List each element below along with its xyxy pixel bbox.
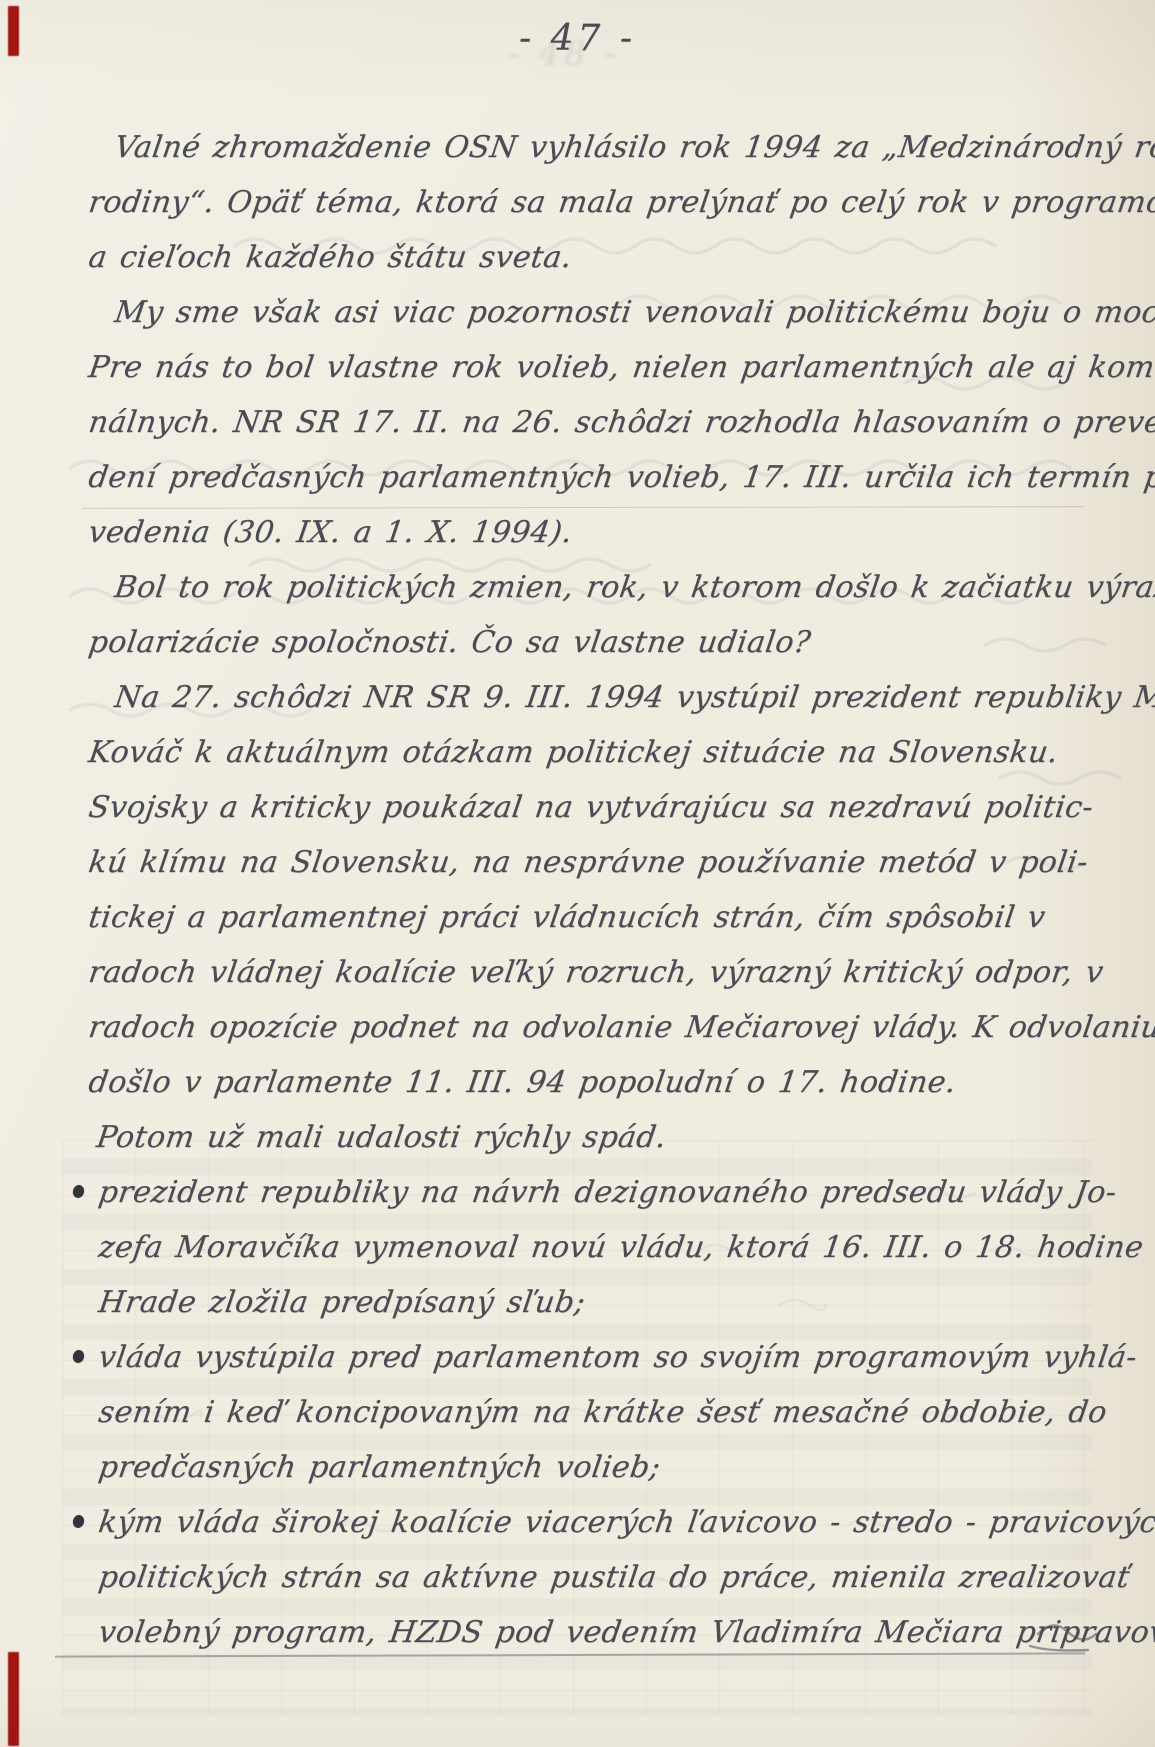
- line-text: a cieľoch každého štátu sveta.: [85, 230, 576, 285]
- line-text: vedenia (30. IX. a 1. X. 1994).: [85, 505, 576, 560]
- line-text: prezident republiky na návrh dezignované…: [95, 1165, 1120, 1220]
- paragraph-1: Valné zhromaždenie OSN vyhlásilo rok 199…: [85, 120, 1095, 285]
- line-text: nálnych. NR SR 17. II. na 26. schôdzi ro…: [85, 395, 1155, 450]
- handwritten-line: nálnych. NR SR 17. II. na 26. schôdzi ro…: [85, 395, 1095, 450]
- line-text: kú klímu na Slovensku, na nesprávne použ…: [85, 835, 1092, 890]
- bullet-item-2: vláda vystúpila pred parlamentom so svoj…: [95, 1330, 1095, 1495]
- line-text: Na 27. schôdzi NR SR 9. III. 1994 vystúp…: [111, 670, 1155, 725]
- ghost-page-number: - 48 -: [508, 34, 620, 74]
- line-text: Valné zhromaždenie OSN vyhlásilo rok 199…: [111, 120, 1155, 175]
- chronicle-page: - 48 - - 47 - Valné zhromaždenie OSN vyh…: [0, 0, 1155, 1747]
- handwritten-line: Potom už mali udalosti rýchly spád.: [85, 1110, 1095, 1165]
- handwritten-line: kú klímu na Slovensku, na nesprávne použ…: [85, 835, 1095, 890]
- handwritten-line: došlo v parlamente 11. III. 94 popoludní…: [85, 1055, 1095, 1110]
- handwritten-line: dení predčasných parlamentných volieb, 1…: [85, 450, 1095, 505]
- handwritten-line: politických strán sa aktívne pustila do …: [95, 1550, 1095, 1605]
- line-text: došlo v parlamente 11. III. 94 popoludní…: [85, 1055, 960, 1110]
- line-text: kým vláda širokej koalície viacerých ľav…: [95, 1495, 1155, 1550]
- handwritten-line: volebný program, HZDS pod vedením Vladim…: [95, 1605, 1095, 1660]
- line-text: Svojsky a kriticky poukázal na vytvárajú…: [85, 780, 1097, 835]
- handwritten-line: rodiny“. Opäť téma, ktorá sa mala prelýn…: [85, 175, 1095, 230]
- handwritten-line: Bol to rok politických zmien, rok, v kto…: [85, 560, 1095, 615]
- paragraph-5: Potom už mali udalosti rýchly spád.: [85, 1110, 1095, 1165]
- line-text: vláda vystúpila pred parlamentom so svoj…: [95, 1330, 1141, 1385]
- line-text: Potom už mali udalosti rýchly spád.: [93, 1110, 670, 1165]
- handwritten-line: zefa Moravčíka vymenoval novú vládu, kto…: [95, 1220, 1095, 1275]
- line-text: sením i keď koncipovaným na krátke šesť …: [95, 1385, 1111, 1440]
- line-text: volebný program, HZDS pod vedením Vladim…: [95, 1605, 1155, 1660]
- handwritten-line: vláda vystúpila pred parlamentom so svoj…: [95, 1330, 1095, 1385]
- bullet-item-1: prezident republiky na návrh dezignované…: [95, 1165, 1095, 1330]
- line-text: radoch vládnej koalície veľký rozruch, v…: [85, 945, 1107, 1000]
- handwritten-line: vedenia (30. IX. a 1. X. 1994).: [85, 505, 1095, 560]
- handwritten-line: kým vláda širokej koalície viacerých ľav…: [95, 1495, 1095, 1550]
- line-text: Hrade zložila predpísaný sľub;: [95, 1275, 589, 1330]
- red-edge-mark-bottom: [8, 1652, 19, 1746]
- handwritten-line: My sme však asi viac pozornosti venovali…: [85, 285, 1095, 340]
- line-text: dení predčasných parlamentných volieb, 1…: [85, 450, 1155, 505]
- line-text: Kováč k aktuálnym otázkam politickej sit…: [85, 725, 1062, 780]
- paragraph-2: My sme však asi viac pozornosti venovali…: [85, 285, 1095, 560]
- line-text: Pre nás to bol vlastne rok volieb, niele…: [85, 340, 1155, 395]
- line-text: rodiny“. Opäť téma, ktorá sa mala prelýn…: [85, 175, 1155, 230]
- handwritten-text: Valné zhromaždenie OSN vyhlásilo rok 199…: [85, 120, 1095, 1660]
- handwritten-line: Pre nás to bol vlastne rok volieb, niele…: [85, 340, 1095, 395]
- line-text: zefa Moravčíka vymenoval novú vládu, kto…: [95, 1220, 1155, 1275]
- handwritten-line: Kováč k aktuálnym otázkam politickej sit…: [85, 725, 1095, 780]
- handwritten-line: radoch vládnej koalície veľký rozruch, v…: [85, 945, 1095, 1000]
- line-text: My sme však asi viac pozornosti venovali…: [111, 285, 1155, 340]
- line-text: radoch opozície podnet na odvolanie Meči…: [85, 1000, 1155, 1055]
- handwritten-line: polarizácie spoločnosti. Čo sa vlastne u…: [85, 615, 1095, 670]
- paragraph-3: Bol to rok politických zmien, rok, v kto…: [85, 560, 1095, 670]
- paragraph-4: Na 27. schôdzi NR SR 9. III. 1994 vystúp…: [85, 670, 1095, 1110]
- line-text: Bol to rok politických zmien, rok, v kto…: [111, 560, 1155, 615]
- handwritten-line: prezident republiky na návrh dezignované…: [95, 1165, 1095, 1220]
- handwritten-line: radoch opozície podnet na odvolanie Meči…: [85, 1000, 1095, 1055]
- handwritten-line: sením i keď koncipovaným na krátke šesť …: [95, 1385, 1095, 1440]
- handwritten-line: tickej a parlamentnej práci vládnucích s…: [85, 890, 1095, 945]
- line-text: predčasných parlamentných volieb;: [95, 1440, 664, 1495]
- handwritten-line: Hrade zložila predpísaný sľub;: [95, 1275, 1095, 1330]
- handwritten-line: predčasných parlamentných volieb;: [95, 1440, 1095, 1495]
- handwritten-line: Na 27. schôdzi NR SR 9. III. 1994 vystúp…: [85, 670, 1095, 725]
- handwritten-line: Valné zhromaždenie OSN vyhlásilo rok 199…: [85, 120, 1095, 175]
- line-text: tickej a parlamentnej práci vládnucích s…: [85, 890, 1049, 945]
- handwritten-line: a cieľoch každého štátu sveta.: [85, 230, 1095, 285]
- bullet-item-3: kým vláda širokej koalície viacerých ľav…: [95, 1495, 1095, 1660]
- line-text: polarizácie spoločnosti. Čo sa vlastne u…: [85, 615, 814, 670]
- page-number: - 48 - - 47 -: [0, 18, 1155, 78]
- line-text: politických strán sa aktívne pustila do …: [95, 1550, 1133, 1605]
- handwritten-line: Svojsky a kriticky poukázal na vytvárajú…: [85, 780, 1095, 835]
